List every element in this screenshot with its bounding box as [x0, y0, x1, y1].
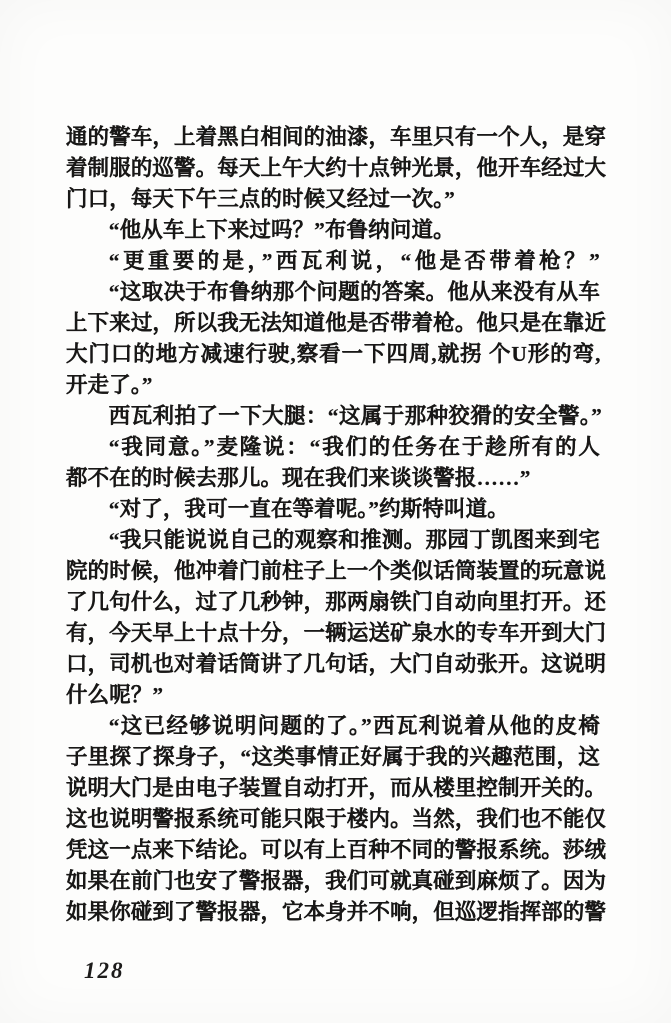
text-line: 门口，每天下午三点的时候又经过一次。”	[66, 184, 600, 215]
text-line: 如果你碰到了警报器，它本身并不响，但巡逻指挥部的警	[66, 897, 600, 928]
text-line: 院的时候，他冲着门前柱子上一个类似话筒装置的玩意说	[66, 556, 600, 587]
text-line: 大门口的地方减速行驶,察看一下四周,就拐 个U形的弯,	[66, 339, 600, 370]
text-line: 这也说明警报系统可能只限于楼内。当然，我们也不能仅	[66, 804, 600, 835]
text-line: 着制服的巡警。每天上午大约十点钟光景，他开车经过大	[66, 153, 600, 184]
text-line: 子里探了探身子，“这类事情正好属于我的兴趣范围，这	[66, 742, 600, 773]
page-number: 128	[84, 958, 125, 984]
text-line: “这已经够说明问题的了。”西瓦利说着从他的皮椅	[66, 711, 600, 742]
text-line: 了几句什么，过了几秒钟，那两扇铁门自动向里打开。还	[66, 587, 600, 618]
text-line: “对了，我可一直在等着呢。”约斯特叫道。	[66, 494, 600, 525]
text-line: 有，今天早上十点十分，一辆运送矿泉水的专车开到大门	[66, 618, 600, 649]
text-line: 西瓦利拍了一下大腿：“这属于那种狡猾的安全警。”	[66, 401, 600, 432]
text-line: “他从车上下来过吗？”布鲁纳问道。	[66, 215, 600, 246]
text-line: “这取决于布鲁纳那个问题的答案。他从来没有从车	[66, 277, 600, 308]
text-line: 什么呢？”	[66, 680, 600, 711]
text-line: 如果在前门也安了警报器，我们可就真碰到麻烦了。因为	[66, 866, 600, 897]
text-line: 上下来过，所以我无法知道他是否带着枪。他只是在靠近	[66, 308, 600, 339]
text-line: 开走了。”	[66, 370, 600, 401]
text-line: 说明大门是由电子装置自动打开，而从楼里控制开关的。	[66, 773, 600, 804]
text-line: “我同意。”麦隆说：“我们的任务在于趁所有的人	[66, 432, 600, 463]
text-line: 通的警车，上着黑白相间的油漆，车里只有一个人，是穿	[66, 122, 600, 153]
body-text: 通的警车，上着黑白相间的油漆，车里只有一个人，是穿 着制服的巡警。每天上午大约十…	[66, 122, 600, 928]
text-line: 都不在的时候去那儿。现在我们来谈谈警报……”	[66, 463, 600, 494]
text-line: 凭这一点来下结论。可以有上百种不同的警报系统。莎绒	[66, 835, 600, 866]
text-line: “更重要的是，”西瓦利说，“他是否带着枪？”	[66, 246, 600, 277]
text-line: 口，司机也对着话筒讲了几句话，大门自动张开。这说明	[66, 649, 600, 680]
text-line: “我只能说说自己的观察和推测。那园丁凯图来到宅	[66, 525, 600, 556]
book-page: 通的警车，上着黑白相间的油漆，车里只有一个人，是穿 着制服的巡警。每天上午大约十…	[0, 0, 671, 1023]
